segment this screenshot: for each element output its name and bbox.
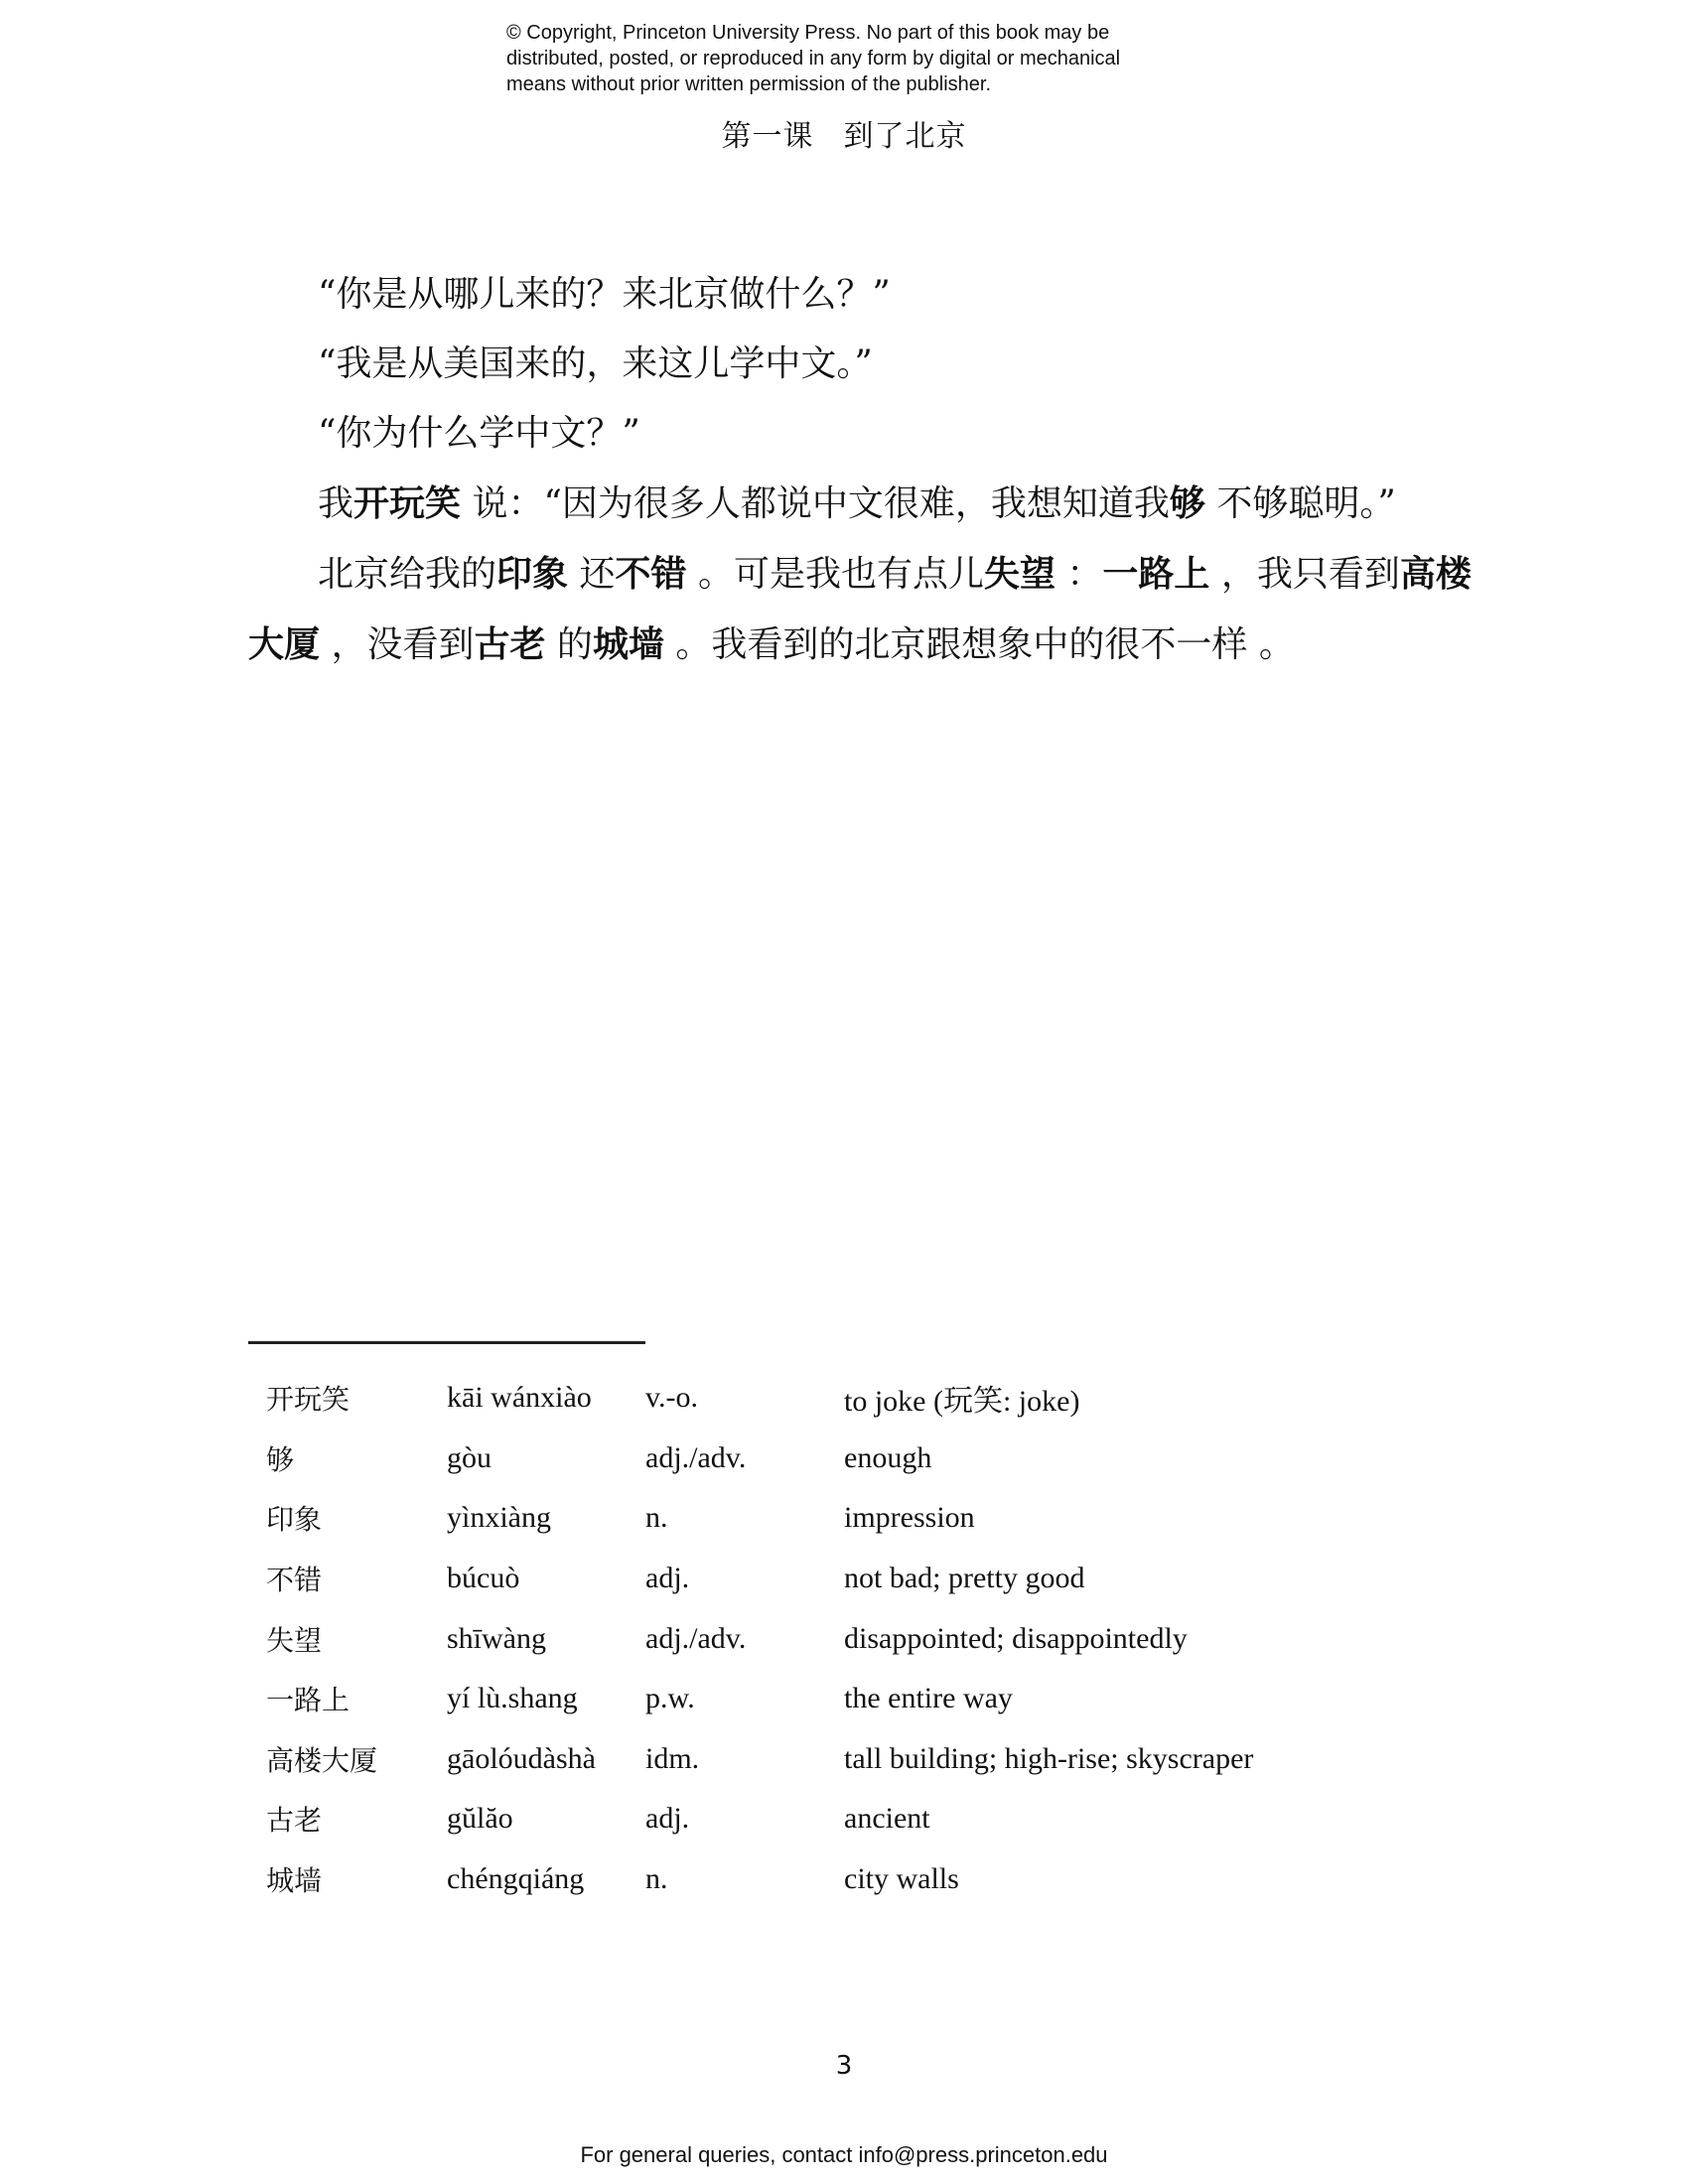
vocab-definition: ancient: [844, 1802, 1440, 1836]
footnote-divider: [248, 1341, 645, 1344]
vocab-pinyin: shīwàng: [447, 1622, 645, 1656]
vocab-term: 城墙: [593, 623, 664, 665]
vocab-hanzi: 城墙: [266, 1859, 447, 1899]
vocab-pinyin: yìnxiàng: [447, 1501, 645, 1535]
vocab-hanzi: 印象: [266, 1498, 447, 1538]
vocab-term: 古老: [474, 623, 545, 665]
passage-text: 。可是我也有点儿: [687, 554, 984, 595]
vocab-part-of-speech: n.: [645, 1862, 844, 1896]
vocab-hanzi: 古老: [266, 1799, 447, 1839]
passage-text: “你是从哪儿来的？来北京做什么？”: [318, 274, 891, 315]
passage-text: “我是从美国来的，来这儿学中文。”: [318, 343, 873, 384]
vocab-definition: impression: [844, 1501, 1440, 1535]
vocab-definition: tall building; high-rise; skyscraper: [844, 1742, 1440, 1776]
vocab-row: 古老gŭlăoadj.ancient: [266, 1789, 1440, 1849]
vocab-row: 开玩笑kāi wánxiàov.-o.to joke (玩笑: joke): [266, 1368, 1440, 1429]
vocab-term: 一路上: [1102, 553, 1209, 595]
passage-paragraph: “我是从美国来的，来这儿学中文。”: [248, 330, 1499, 399]
copyright-line: distributed, posted, or reproduced in an…: [506, 46, 1201, 71]
vocab-pinyin: gŭlăo: [447, 1802, 645, 1836]
vocabulary-table: 开玩笑kāi wánxiàov.-o.to joke (玩笑: joke)够gò…: [266, 1368, 1440, 1909]
vocab-part-of-speech: adj./adv.: [645, 1622, 844, 1656]
passage-text: ，没看到: [320, 624, 474, 665]
vocab-pinyin: búcuò: [447, 1562, 645, 1595]
passage-paragraph: “你为什么学中文？”: [248, 399, 1499, 469]
vocab-definition: the entire way: [844, 1682, 1440, 1715]
passage-text: 北京给我的: [318, 554, 496, 595]
vocab-term: 不错: [615, 553, 686, 595]
vocab-row: 高楼大厦gāolóudàshàidm.tall building; high-r…: [266, 1729, 1440, 1790]
footer-contact: For general queries, contact info@press.…: [0, 2142, 1688, 2168]
vocab-row: 城墙chéngqiángn.city walls: [266, 1849, 1440, 1910]
vocab-part-of-speech: p.w.: [645, 1682, 844, 1715]
passage-text: 我: [318, 483, 353, 524]
copyright-line: © Copyright, Princeton University Press.…: [506, 20, 1201, 46]
vocab-definition: disappointed; disappointedly: [844, 1622, 1440, 1656]
vocab-hanzi: 一路上: [266, 1679, 447, 1718]
vocab-definition: not bad; pretty good: [844, 1562, 1440, 1595]
vocab-hanzi: 够: [266, 1438, 447, 1478]
vocab-pinyin: gòu: [447, 1441, 645, 1475]
vocab-pinyin: kāi wánxiào: [447, 1381, 645, 1415]
vocab-definition: to joke (玩笑: joke): [844, 1376, 1440, 1420]
vocab-term: 印象: [496, 553, 568, 595]
chapter-header: 第一课到了北京: [0, 111, 1688, 155]
vocab-pinyin: gāolóudàshà: [447, 1742, 645, 1776]
vocab-term: 够: [1170, 482, 1205, 524]
vocab-definition: enough: [844, 1441, 1440, 1475]
vocab-hanzi: 不错: [266, 1559, 447, 1598]
vocab-definition: city walls: [844, 1862, 1440, 1896]
vocab-part-of-speech: adj.: [645, 1562, 844, 1595]
vocab-row: 一路上yí lù.shangp.w.the entire way: [266, 1669, 1440, 1729]
vocab-pinyin: chéngqiáng: [447, 1862, 645, 1896]
passage-paragraph: 北京给我的印象 还不错 。可是我也有点儿失望 ：一路上 ，我只看到高楼大厦 ，没…: [248, 539, 1499, 680]
passage-text: 不够聪明。”: [1205, 483, 1396, 524]
copyright-line: means without prior written permission o…: [506, 71, 1201, 97]
passage-text: 。我看到的北京跟想象中的很不一样 。: [664, 624, 1295, 665]
vocab-term: 失望: [984, 553, 1055, 595]
lesson-title: 到了北京: [844, 119, 967, 154]
vocab-row: 够gòuadj./adv.enough: [266, 1429, 1440, 1489]
vocab-row: 不错búcuòadj.not bad; pretty good: [266, 1549, 1440, 1609]
vocab-part-of-speech: v.-o.: [645, 1381, 844, 1415]
vocab-hanzi: 失望: [266, 1619, 447, 1659]
passage-text: 还: [568, 554, 615, 595]
vocab-term: 开玩笑: [353, 482, 461, 524]
vocab-row: 印象yìnxiàngn.impression: [266, 1488, 1440, 1549]
passage-text: ，我只看到: [1209, 554, 1399, 595]
passage-paragraph: 我开玩笑 说：“因为很多人都说中文很难，我想知道我够 不够聪明。”: [248, 469, 1499, 539]
vocab-row: 失望shīwàngadj./adv.disappointed; disappoi…: [266, 1608, 1440, 1669]
page-number: 3: [0, 2051, 1688, 2081]
passage-text: ：: [1055, 554, 1102, 595]
vocab-pinyin: yí lù.shang: [447, 1682, 645, 1715]
passage-text: “你为什么学中文？”: [318, 413, 640, 454]
vocab-part-of-speech: idm.: [645, 1742, 844, 1776]
vocab-part-of-speech: adj./adv.: [645, 1441, 844, 1475]
passage-text: 的: [545, 624, 592, 665]
vocab-part-of-speech: adj.: [645, 1802, 844, 1836]
passage-text: 说：“因为很多人都说中文很难，我想知道我: [461, 483, 1170, 524]
passage-paragraph: “你是从哪儿来的？来北京做什么？”: [248, 260, 1499, 330]
copyright-notice: © Copyright, Princeton University Press.…: [506, 20, 1201, 97]
vocab-hanzi: 高楼大厦: [266, 1739, 447, 1779]
reading-passage: “你是从哪儿来的？来北京做什么？”“我是从美国来的，来这儿学中文。”“你为什么学…: [248, 260, 1499, 680]
vocab-part-of-speech: n.: [645, 1501, 844, 1535]
lesson-number: 第一课: [722, 119, 814, 154]
vocab-hanzi: 开玩笑: [266, 1378, 447, 1418]
